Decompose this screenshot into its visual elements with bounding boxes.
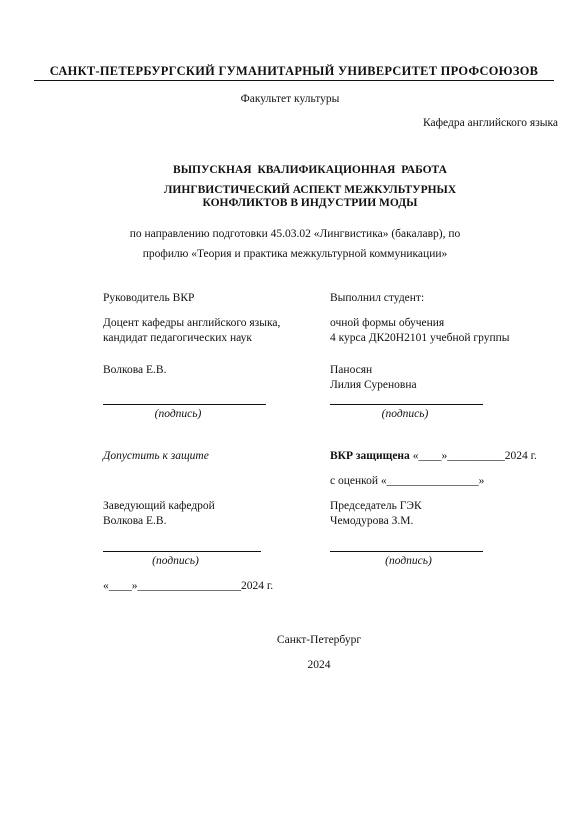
chair-signature-caption: (подпись) xyxy=(330,555,487,567)
study-direction-line: профилю «Теория и практика межкультурной… xyxy=(0,244,580,264)
head-approval-date: «____»__________________2024 г. xyxy=(103,580,273,592)
city: Санкт-Петербург xyxy=(0,634,580,646)
year: 2024 xyxy=(0,659,580,671)
defense-grade: с оценкой «________________» xyxy=(330,475,484,487)
head-of-department-label: Заведующий кафедрой xyxy=(103,500,215,512)
defense-status-label: ВКР защищена xyxy=(330,450,410,462)
student-group: 4 курса ДК20Н2101 учебной группы xyxy=(330,332,510,344)
student-given-names: Лилия Суреновна xyxy=(330,379,417,391)
faculty-name: Факультет культуры xyxy=(0,93,580,105)
student-study-form: очной формы обучения xyxy=(330,317,444,329)
chair-signature-line xyxy=(330,551,483,552)
supervisor-name: Волкова Е.В. xyxy=(103,364,166,376)
commission-chair-name: Чемодурова З.М. xyxy=(330,515,413,527)
head-of-department-name: Волкова Е.В. xyxy=(103,515,166,527)
department-name: Кафедра английского языка xyxy=(423,117,558,129)
supervisor-label: Руководитель ВКР xyxy=(103,292,194,304)
university-name: САНКТ-ПЕТЕРБУРГСКИЙ ГУМАНИТАРНЫЙ УНИВЕРС… xyxy=(34,64,554,79)
head-signature-line xyxy=(103,551,261,552)
study-direction-line: по направлению подготовки 45.03.02 «Линг… xyxy=(0,224,580,244)
study-direction: по направлению подготовки 45.03.02 «Линг… xyxy=(0,224,580,264)
admission-label: Допустить к защите xyxy=(103,450,209,462)
thesis-topic-line: КОНФЛИКТОВ В ИНДУСТРИИ МОДЫ xyxy=(0,197,580,210)
student-surname: Паносян xyxy=(330,364,372,376)
supervisor-signature-caption: (подпись) xyxy=(103,408,253,420)
thesis-topic: ЛИНГВИСТИЧЕСКИЙ АСПЕКТ МЕЖКУЛЬТУРНЫХ КОН… xyxy=(0,184,580,210)
supervisor-signature-line xyxy=(103,404,266,405)
header-divider xyxy=(34,80,554,81)
thesis-topic-line: ЛИНГВИСТИЧЕСКИЙ АСПЕКТ МЕЖКУЛЬТУРНЫХ xyxy=(0,184,580,197)
student-signature-caption: (подпись) xyxy=(330,408,480,420)
student-signature-line xyxy=(330,404,483,405)
defense-date: «____»__________2024 г. xyxy=(413,450,537,462)
work-type-heading: ВЫПУСКНАЯ КВАЛИФИКАЦИОННАЯ РАБОТА xyxy=(0,164,580,176)
commission-chair-label: Председатель ГЭК xyxy=(330,500,422,512)
defense-status: ВКР защищена «____»__________2024 г. xyxy=(330,450,537,462)
supervisor-degree: кандидат педагогических наук xyxy=(103,332,252,344)
head-signature-caption: (подпись) xyxy=(103,555,248,567)
supervisor-position: Доцент кафедры английского языка, xyxy=(103,317,280,329)
student-label: Выполнил студент: xyxy=(330,292,424,304)
